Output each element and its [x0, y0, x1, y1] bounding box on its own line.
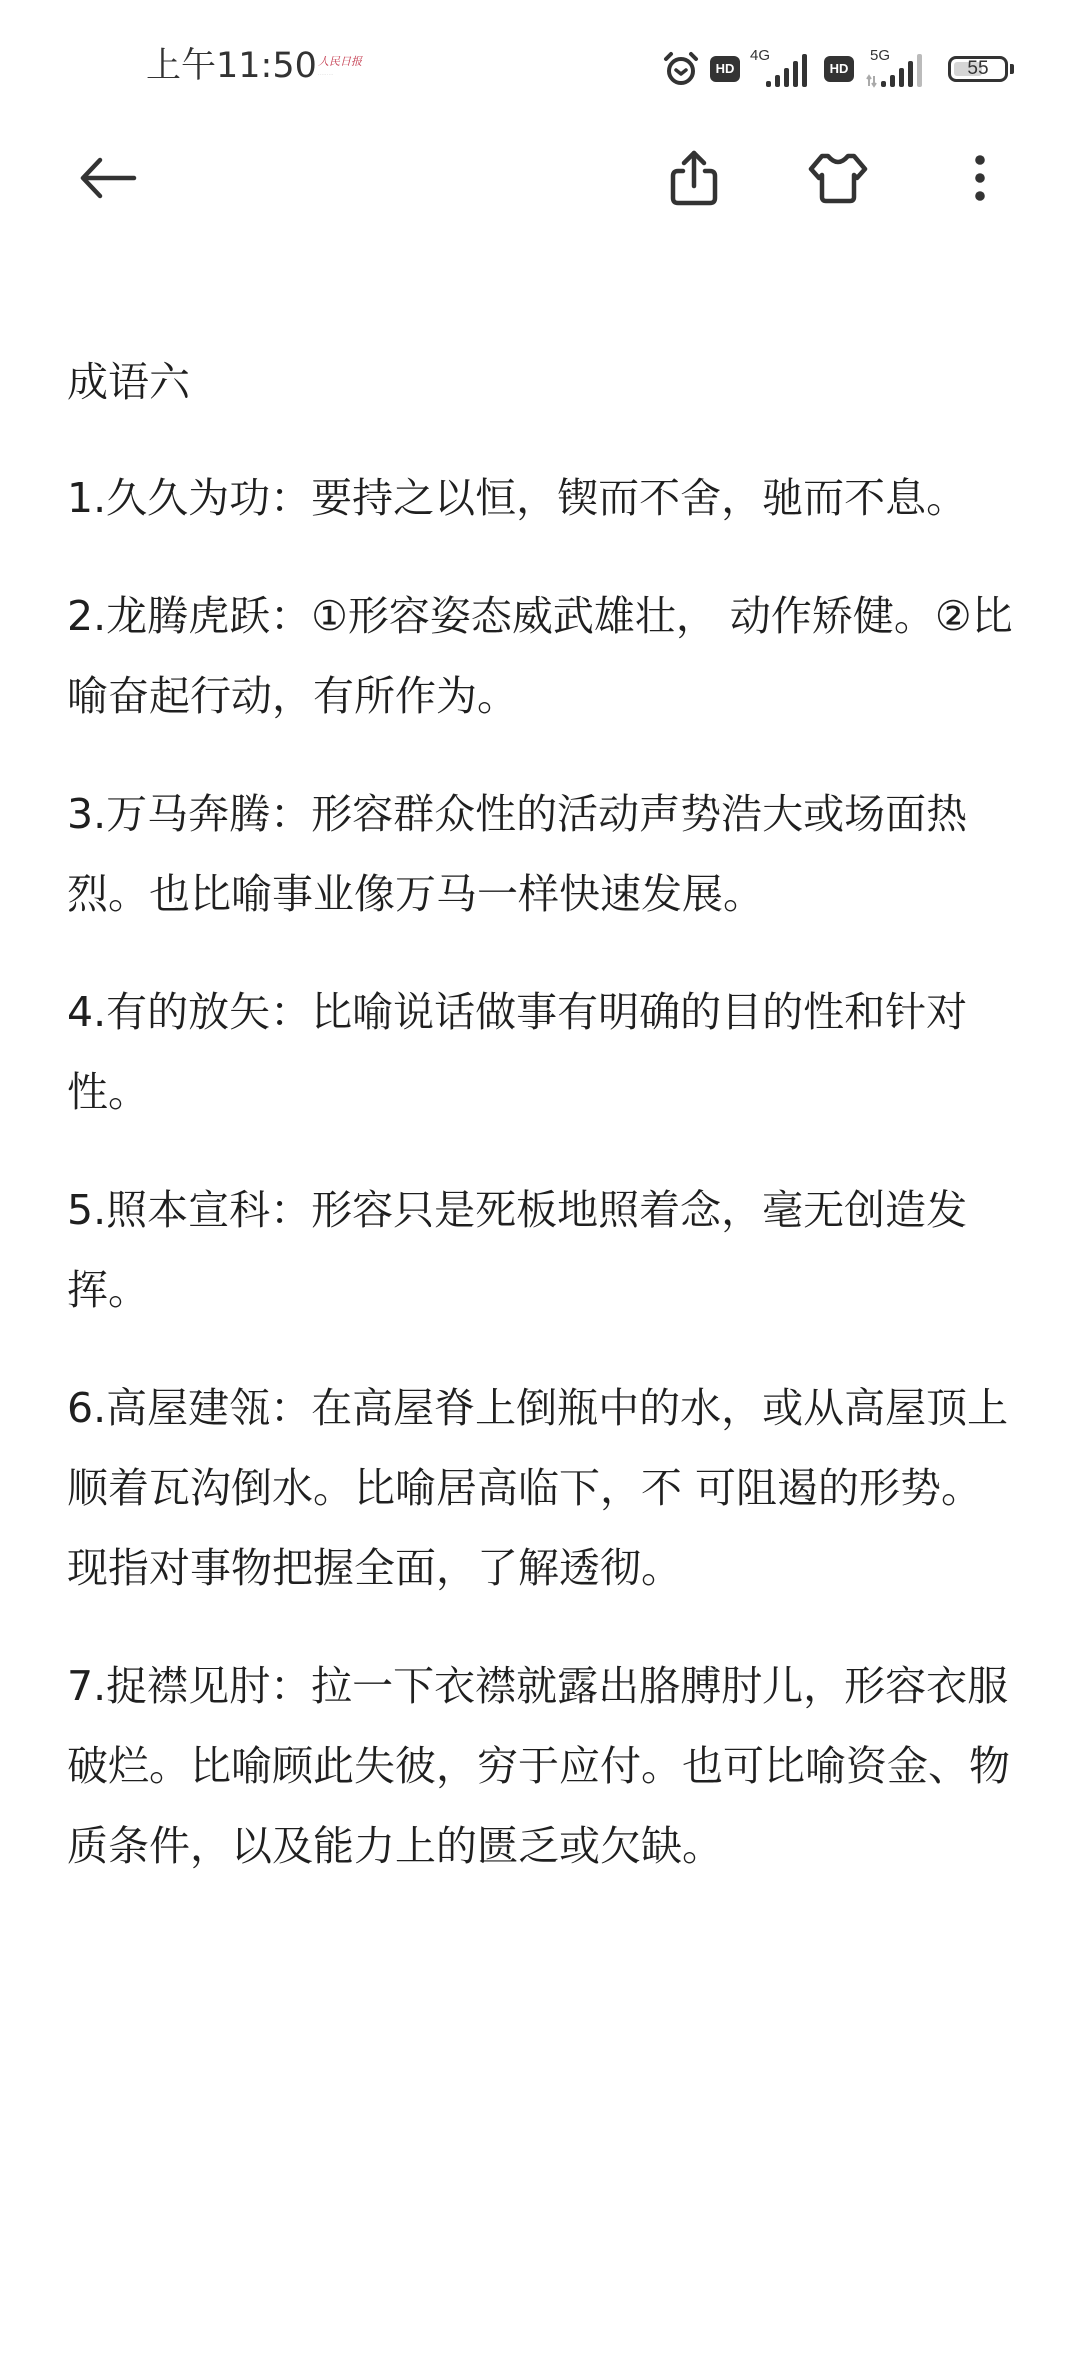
more-vertical-icon — [970, 152, 990, 204]
more-button[interactable] — [940, 138, 1020, 218]
note-paragraph[interactable]: 2.龙腾虎跃：①形容姿态威武雄壮， 动作矫健。②比喻奋起行动，有所作为。 — [67, 576, 1017, 736]
share-button[interactable] — [654, 138, 734, 218]
note-title[interactable]: 成语六 — [67, 342, 1017, 422]
notification-logo-text: 人民日报 — [318, 55, 362, 68]
status-bar: 上午11:50 人民日报 ......... HD 4G HD — [0, 0, 1080, 110]
note-paragraph[interactable]: 6.高屋建瓴：在高屋脊上倒瓶中的水，或从高屋顶上顺着瓦沟倒水。比喻居高临下，不 … — [67, 1368, 1017, 1608]
battery-tip — [1010, 64, 1014, 74]
battery-icon: 55 — [948, 56, 1008, 82]
back-button[interactable] — [68, 138, 148, 218]
hd-icon: HD — [710, 56, 740, 82]
note-paragraph[interactable]: 3.万马奔腾：形容群众性的活动声势浩大或场面热烈。也比喻事业像万马一样快速发展。 — [67, 774, 1017, 934]
tshirt-icon — [807, 151, 869, 205]
arrow-left-icon — [78, 153, 138, 203]
5g-signal-icon: 5G — [864, 49, 932, 89]
note-paragraph[interactable]: 4.有的放矢：比喻说话做事有明确的目的性和针对性。 — [67, 972, 1017, 1132]
alarm-icon — [662, 50, 700, 88]
battery-level: 55 — [951, 58, 1005, 80]
status-icons: HD 4G HD 5G — [662, 48, 1014, 90]
note-paragraph[interactable]: 7.捉襟见肘：拉一下衣襟就露出胳膊肘儿，形容衣服破烂。比喻顾此失彼，穷于应付。也… — [67, 1646, 1017, 1886]
hd-icon: HD — [824, 56, 854, 82]
app-bar — [0, 120, 1080, 240]
status-time: 上午11:50 — [146, 44, 317, 88]
4g-signal-icon: 4G — [750, 49, 812, 89]
note-paragraph[interactable]: 1.久久为功：要持之以恒，锲而不舍，驰而不息。 — [67, 458, 1017, 538]
note-paragraph[interactable]: 5.照本宣科：形容只是死板地照着念，毫无创造发挥。 — [67, 1170, 1017, 1330]
share-icon — [668, 149, 720, 207]
notification-logo-subtext: ......... — [318, 68, 362, 80]
notification-logo-icon: 人民日报 ......... — [318, 56, 362, 80]
note-content[interactable]: 成语六 1.久久为功：要持之以恒，锲而不舍，驰而不息。 2.龙腾虎跃：①形容姿态… — [67, 342, 1017, 1924]
theme-button[interactable] — [798, 138, 878, 218]
